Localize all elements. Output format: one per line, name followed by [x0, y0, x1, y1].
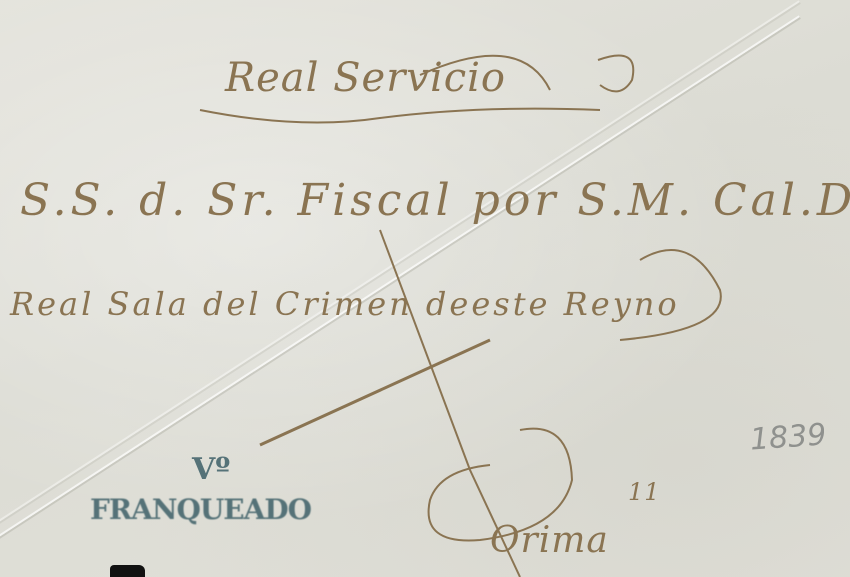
address-line-2: Real Sala del Crimen deeste Reyno [10, 285, 680, 323]
mount-corner [110, 565, 145, 577]
pencil-date-note: 1839 [749, 417, 828, 457]
destination-mark: 11 [628, 478, 661, 506]
postmark-line-1: Vº [192, 452, 230, 487]
postmark-franqueado: FRANQUEADO [90, 493, 311, 526]
heading-real-servicio: Real Servicio [225, 55, 506, 101]
address-line-1: S.S. d. Sr. Fiscal por S.M. Cal.D [20, 175, 850, 226]
destination-text: Orima [490, 520, 609, 561]
letter-cover: Real Servicio S.S. d. Sr. Fiscal por S.M… [0, 0, 850, 577]
